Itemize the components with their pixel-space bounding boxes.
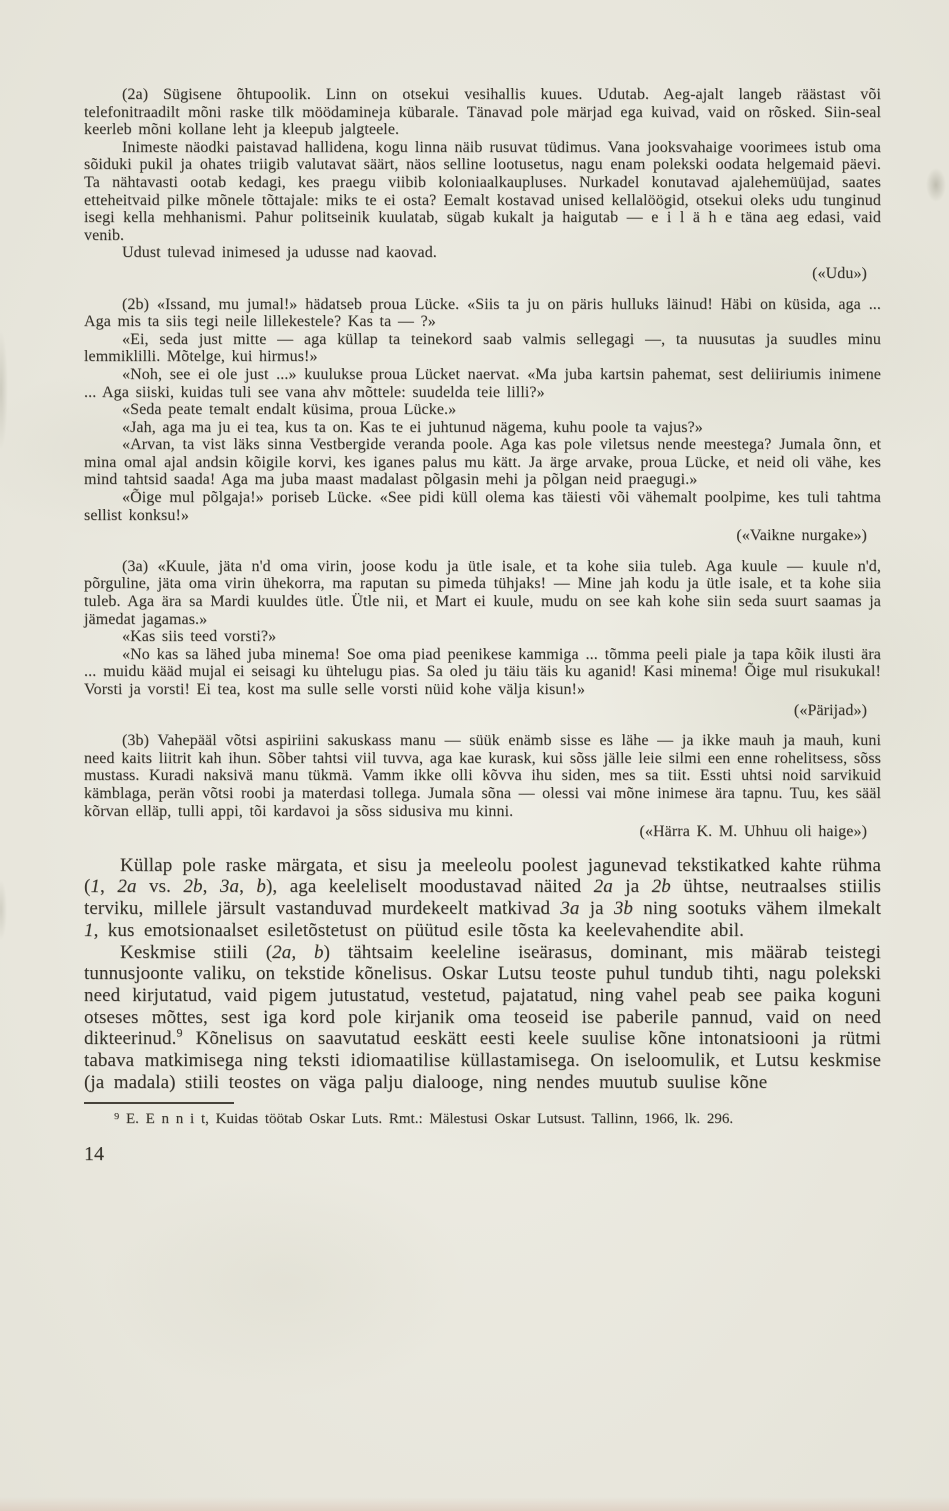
- excerpt-attribution: («Udu»): [84, 265, 881, 283]
- scanned-page: (2a) Sügisene õhtupoolik. Linn on otseku…: [0, 0, 949, 1511]
- analysis-section: Küllap pole raske märgata, et sisu ja me…: [84, 855, 881, 1094]
- page-number: 14: [84, 1143, 881, 1166]
- paper-smudge: [0, 880, 7, 940]
- excerpt-attribution: («Vaikne nurgake»): [84, 527, 881, 545]
- excerpt-paragraph: «Seda peate temalt endalt küsima, proua …: [84, 401, 881, 419]
- excerpt-paragraph: «Noh, see ei ole just ...» kuulukse prou…: [84, 366, 881, 401]
- excerpt-paragraph: «Kas siis teed vorsti?»: [84, 628, 881, 646]
- excerpt-paragraph: (2a) Sügisene õhtupoolik. Linn on otseku…: [84, 86, 881, 139]
- paper-smudge: [926, 168, 946, 202]
- excerpt-paragraph: (3a) «Kuule, jäta n'd oma virin, joose k…: [84, 558, 881, 628]
- excerpt-paragraph: «No kas sa lähed juba minema! Soe oma pi…: [84, 646, 881, 699]
- excerpt-paragraph: Inimeste näodki paistavad hallidena, kog…: [84, 139, 881, 245]
- footnote-divider: [84, 1102, 234, 1104]
- excerpt-paragraph: (2b) «Issand, mu jumal!» hädatseb proua …: [84, 296, 881, 331]
- excerpt-paragraph: «Arvan, ta vist läks sinna Vestbergide v…: [84, 436, 881, 489]
- analysis-paragraph: Küllap pole raske märgata, et sisu ja me…: [84, 855, 881, 942]
- excerpt-paragraph: «Ei, seda just mitte — aga küllap ta tei…: [84, 331, 881, 366]
- paper-smudge: [0, 330, 8, 450]
- page-content: (2a) Sügisene õhtupoolik. Linn on otseku…: [84, 86, 881, 1166]
- excerpts-section: (2a) Sügisene õhtupoolik. Linn on otseku…: [84, 86, 881, 841]
- excerpt-attribution: («Härra K. M. Uhhuu oli haige»): [84, 823, 881, 841]
- analysis-paragraph: Keskmise stiili (2a, b) tähtsaim keeleli…: [84, 942, 881, 1094]
- excerpt-paragraph: Udust tulevad inimesed ja udusse nad kao…: [84, 244, 881, 262]
- footnote: ⁹ E. E n n i t, Kuidas töötab Oskar Luts…: [84, 1110, 881, 1130]
- excerpt-attribution: («Pärijad»): [84, 702, 881, 720]
- excerpt-paragraph: (3b) Vahepääl võtsi aspiriini sakuskass …: [84, 732, 881, 820]
- excerpt-paragraph: «Õige mul põlgaja!» poriseb Lücke. «See …: [84, 489, 881, 524]
- excerpt-paragraph: «Jah, aga ma ju ei tea, kus ta on. Kas t…: [84, 419, 881, 437]
